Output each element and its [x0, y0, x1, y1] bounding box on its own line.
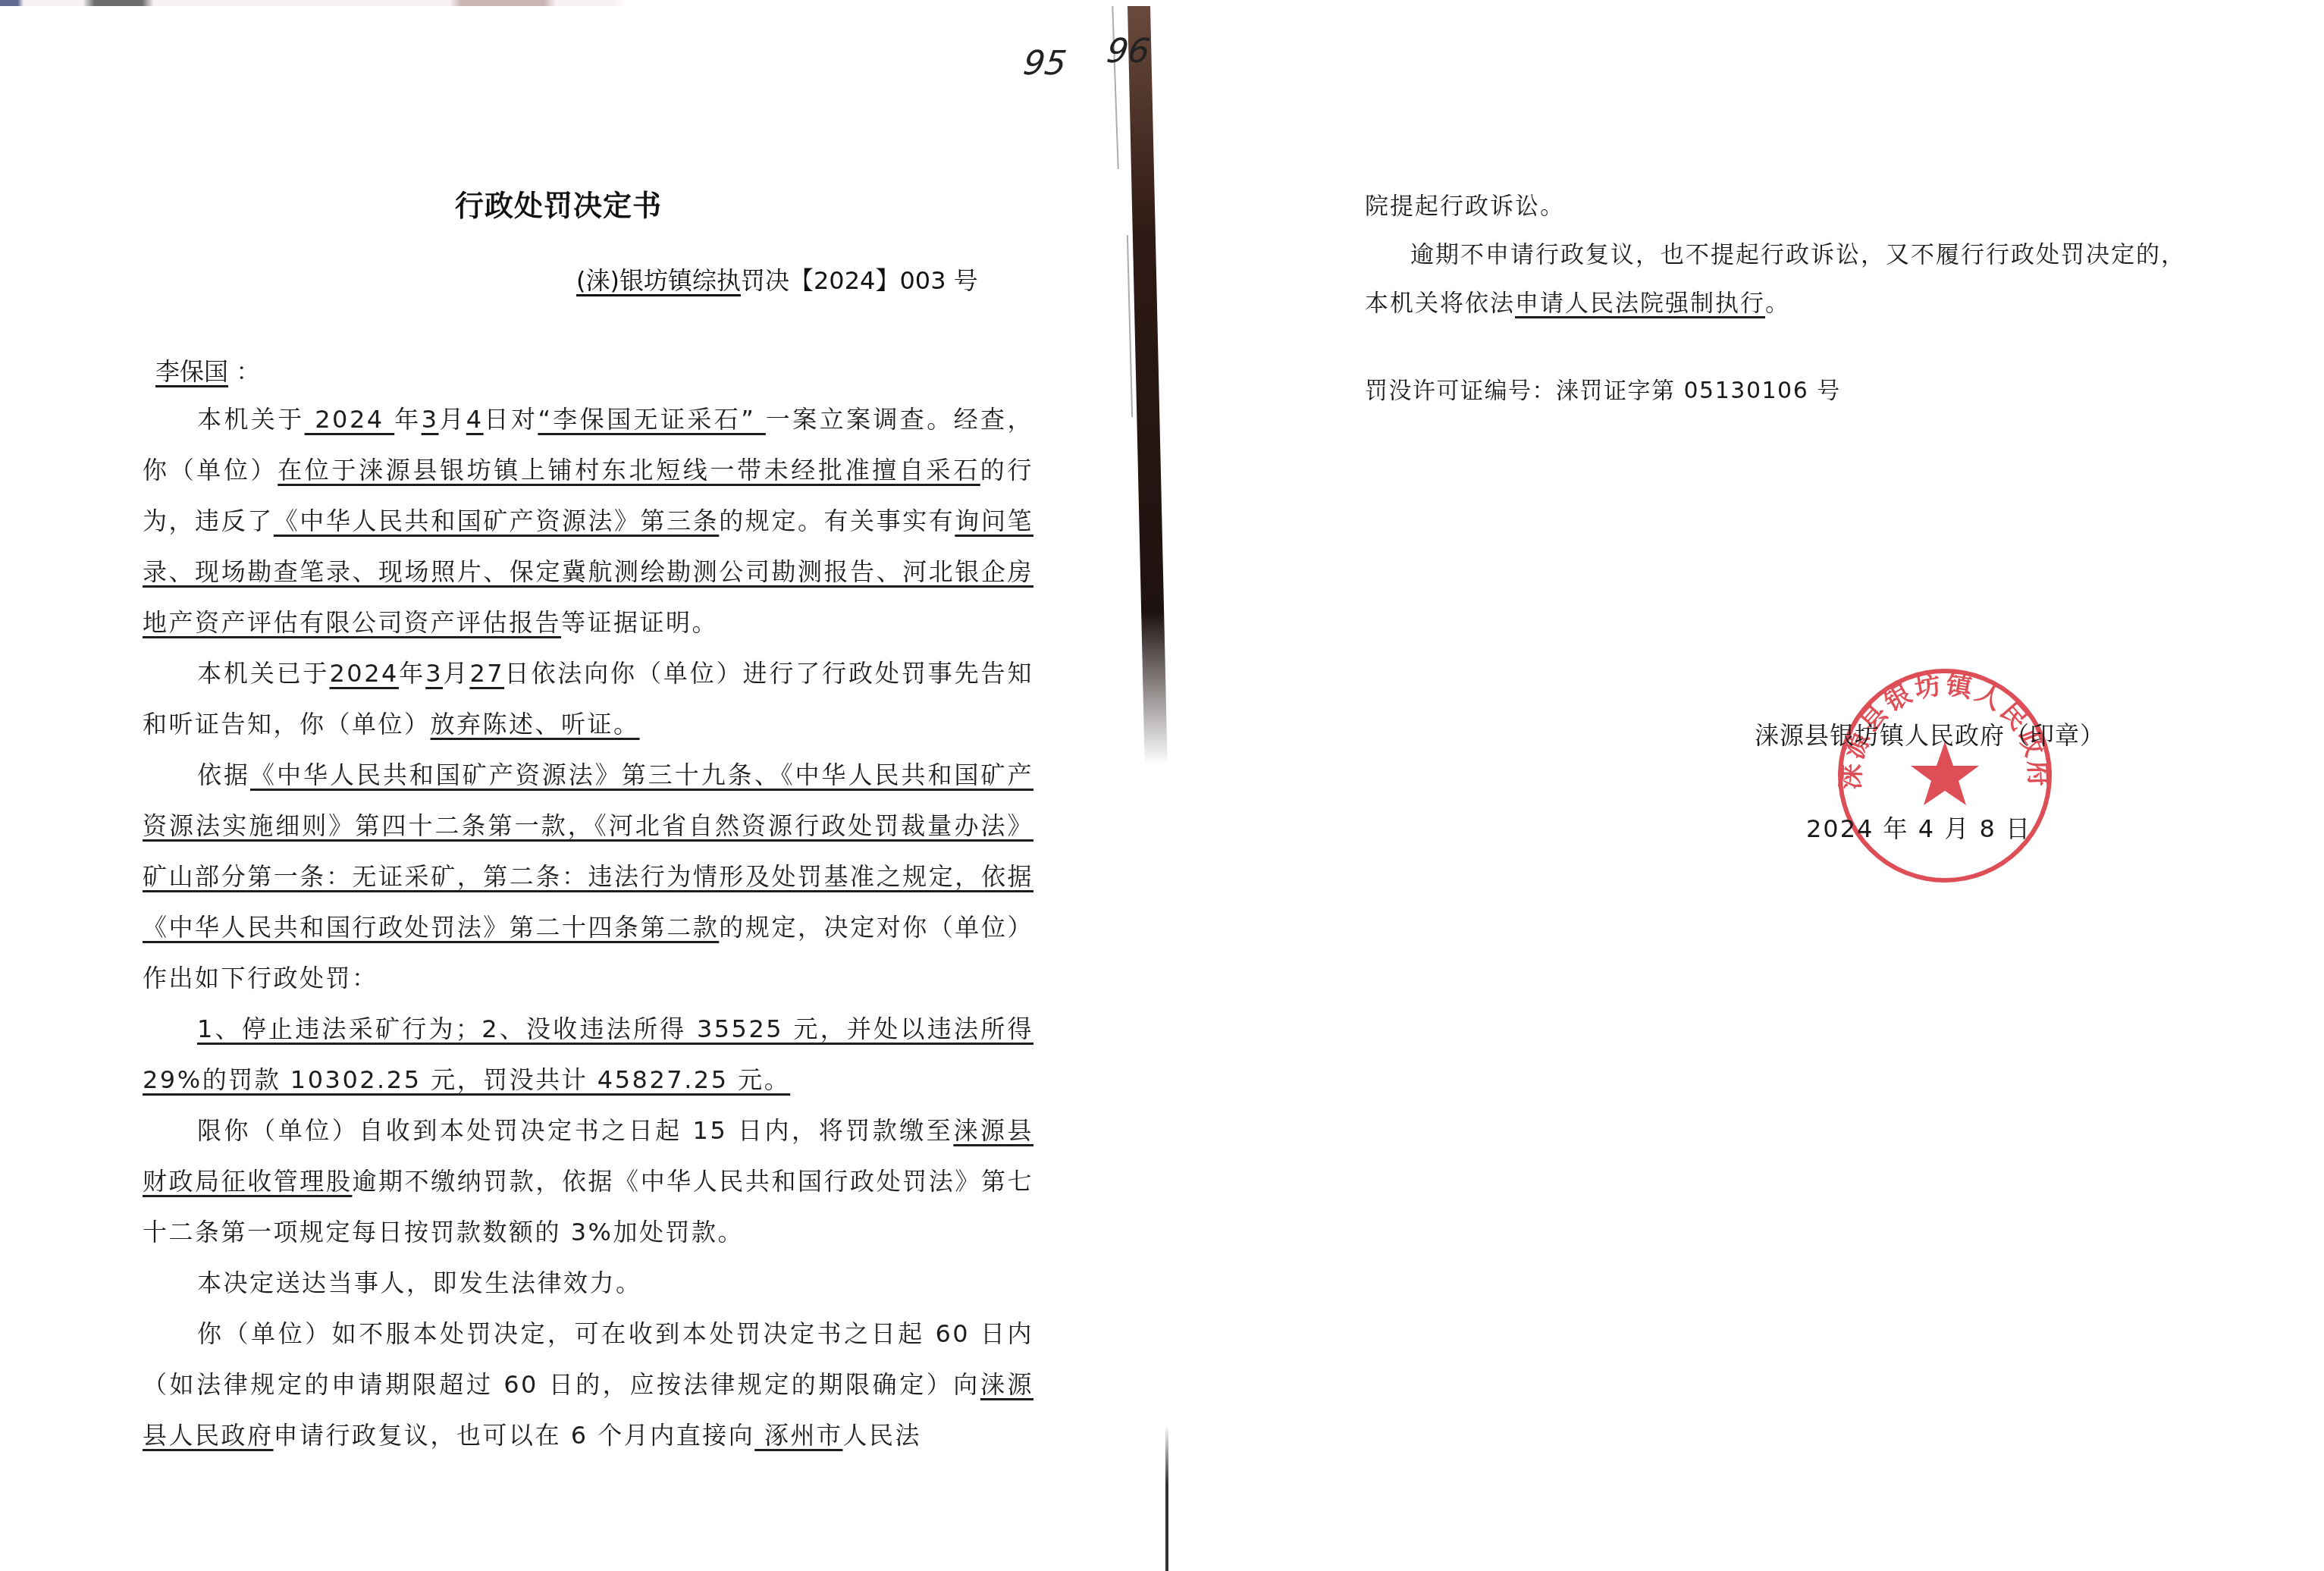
official-seal-icon: 涞源县银坊镇人民政府	[1835, 666, 2055, 886]
document-number: (涞)银坊镇综执罚决【2024】003 号	[576, 262, 978, 296]
doc-number-suffix: 罚决【2024】003 号	[741, 266, 978, 295]
addressee-colon: ：	[236, 357, 260, 386]
book-spine-shadow	[1165, 1425, 1168, 1571]
document-title: 行政处罚决定书	[455, 182, 698, 224]
paragraph-enforcement: 逾期不申请行政复议，也不提起行政诉讼，又不履行行政处罚决定的，	[1365, 230, 2237, 279]
paragraph-penalty: 1、停止违法采矿行为；2、没收违法所得 35525 元，并处以违法所得 29%的…	[143, 1004, 1033, 1105]
issue-date: 2024 年 4 月 8 日	[1806, 810, 2031, 845]
paragraph-enforcement-cont: 本机关将依法申请人民法院强制执行。	[1365, 279, 2237, 328]
doc-number-prefix: (涞)银坊镇综执	[576, 266, 741, 295]
permit-number: 罚没许可证编号：涞罚证字第 05130106 号	[1365, 372, 1841, 405]
decision-body: 本机关于 2024 年3月4日对“李保国无证采石” 一案立案调查。经查，你（单位…	[143, 394, 1033, 1461]
paragraph-case-facts: 本机关于 2024 年3月4日对“李保国无证采石” 一案立案调查。经查，你（单位…	[143, 394, 1033, 648]
handwritten-page-number: 96	[1104, 32, 1152, 71]
paragraph-legal-basis: 依据《中华人民共和国矿产资源法》第三十九条、《中华人民共和国矿产资源法实施细则》…	[143, 750, 1033, 1004]
paragraph-appeal: 你（单位）如不服本处罚决定，可在收到本处罚决定书之日起 60 日内（如法律规定的…	[143, 1309, 1033, 1461]
handwritten-page-number: 95	[1021, 44, 1068, 83]
paragraph-payment: 限你（单位）自收到本处罚决定书之日起 15 日内，将罚款缴至涞源县财政局征收管理…	[143, 1105, 1033, 1258]
addressee: 李保国 ：	[155, 353, 260, 387]
paragraph-notification: 本机关已于2024年3月27日依法向你（单位）进行了行政处罚事先告知和听证告知，…	[143, 648, 1033, 750]
right-page-body: 院提起行政诉讼。 逾期不申请行政复议，也不提起行政诉讼，又不履行行政处罚决定的，…	[1365, 182, 2237, 328]
book-spine-shadow	[1128, 6, 1168, 764]
paragraph-effect: 本决定送达当事人，即发生法律效力。	[143, 1258, 1033, 1309]
paragraph-continuation: 院提起行政诉讼。	[1365, 182, 2237, 230]
addressee-name: 李保国	[155, 357, 228, 386]
issuing-authority: 涞源县银坊镇人民政府（印章）	[1755, 717, 2105, 751]
